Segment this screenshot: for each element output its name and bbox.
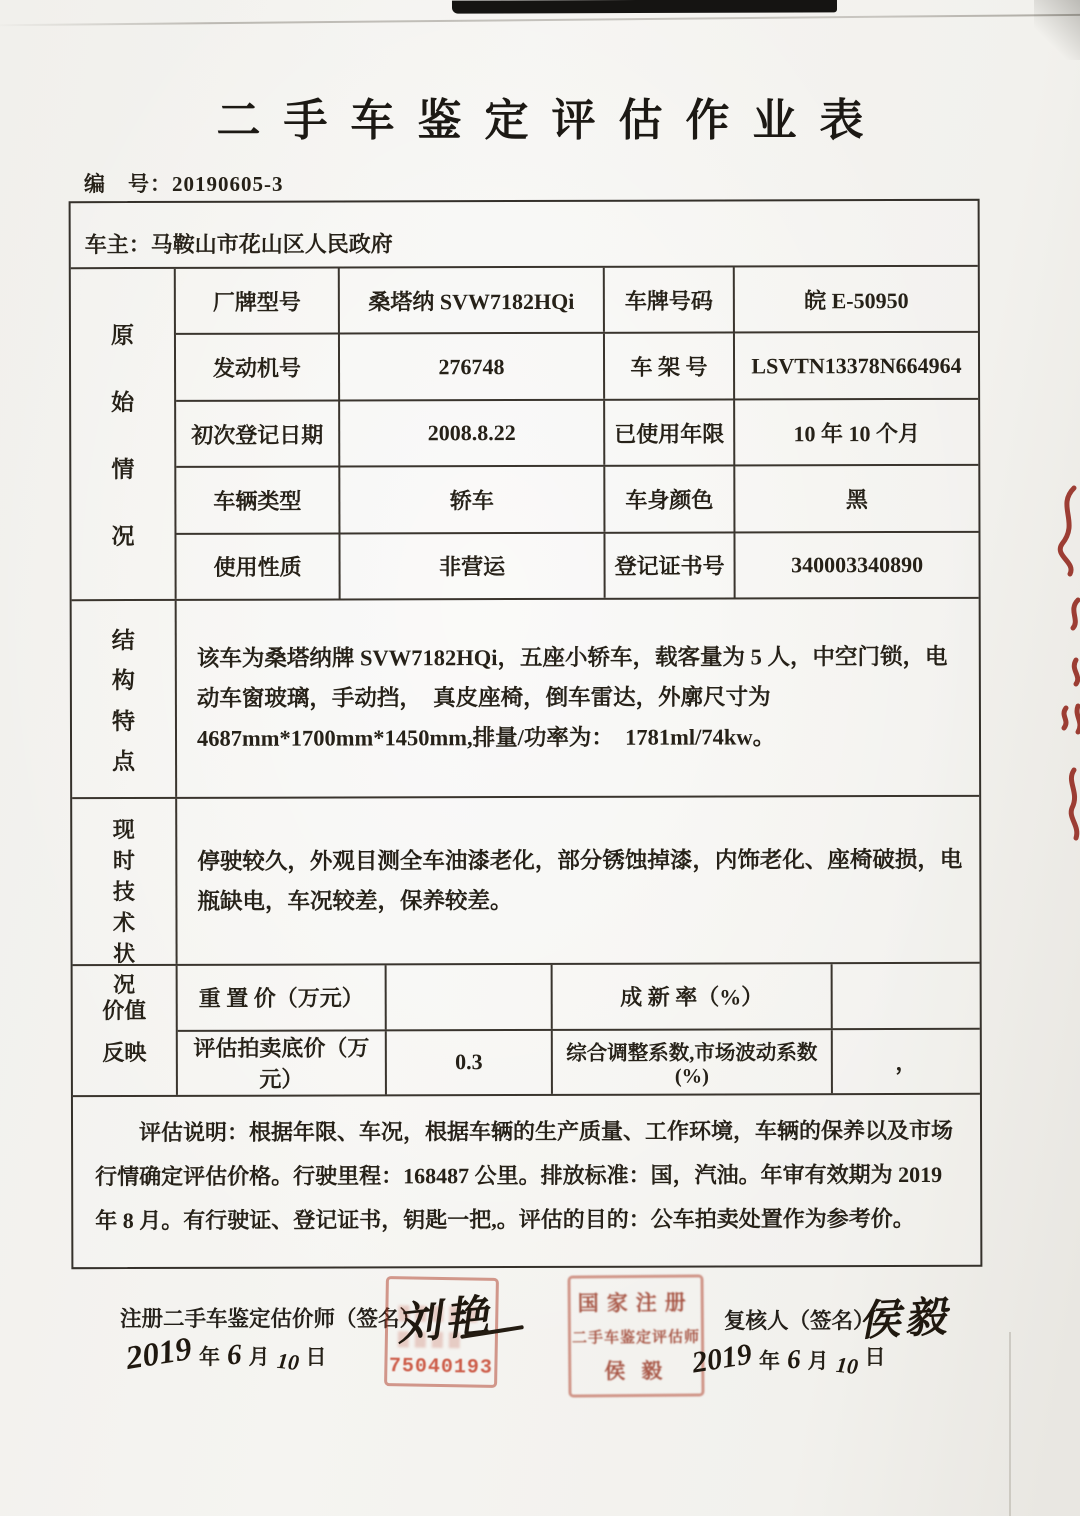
- field-label: 车身颜色: [603, 467, 733, 532]
- notes-cell: 评估说明：根据年限、车况，根据车辆的生产质量、工作环境，车辆的保养以及市场行情确…: [73, 1095, 980, 1271]
- field-label: 发动机号: [176, 335, 338, 400]
- date-day-unit: 日: [306, 1341, 327, 1371]
- field-label: 成 新 率（%）: [551, 964, 831, 1028]
- side-char: 原: [111, 317, 134, 350]
- side-char: 状: [113, 937, 135, 968]
- field-label: 车 架 号: [603, 334, 733, 399]
- date-month: 6: [226, 1339, 243, 1373]
- value-section: 价值 反映 重 置 价（万元） 成 新 率（%） 评估拍卖底价（万元） 0.3 …: [73, 962, 980, 1095]
- date-day-unit: 日: [865, 1341, 886, 1371]
- table-row: 评估拍卖底价（万元） 0.3 综合调整系数,市场波动系数(%) ，: [178, 1027, 980, 1095]
- condition-text: 停驶较久，外观目测全车油漆老化，部分锈蚀掉漆，内饰老化、座椅破损，电瓶缺电，车况…: [197, 839, 965, 921]
- field-value: 皖 E-50950: [733, 267, 978, 332]
- field-label: 厂牌型号: [176, 268, 338, 333]
- stamp-line: 国家注册: [578, 1286, 694, 1317]
- structure-side-label: 结 构 特 点: [72, 601, 178, 797]
- side-word: 价值: [102, 994, 146, 1025]
- date-month-unit: 月: [808, 1345, 829, 1375]
- appraisal-table: 车主：马鞍山市花山区人民政府 原 始 情 况 厂牌型号 桑塔纳 SVW7182H…: [69, 199, 983, 1269]
- field-value: LSVTN13378N664964: [733, 333, 978, 398]
- corner-shadow: [1034, 0, 1080, 60]
- field-value: ，: [831, 1029, 980, 1093]
- table-row: 重 置 价（万元） 成 新 率（%）: [178, 964, 980, 1030]
- notes-text: 评估说明：根据年限、车况，根据车辆的生产质量、工作环境，车辆的保养以及市场行情确…: [95, 1109, 962, 1243]
- document-number-value: 20190605-3: [172, 172, 284, 196]
- stamp-line: 侯毅: [594, 1355, 678, 1386]
- date-month-unit: 月: [249, 1341, 270, 1371]
- field-value: [385, 965, 551, 1029]
- field-label: 登记证书号: [603, 533, 733, 598]
- reviewer-signature-label: 复核人（签名）: [724, 1304, 875, 1335]
- reviewer-seal-stamp: 国家注册 二手车鉴定评估师 侯毅: [567, 1274, 704, 1397]
- document-number: 编 号：20190605-3: [84, 168, 284, 198]
- original-info-section: 原 始 情 况 厂牌型号 桑塔纳 SVW7182HQi 车牌号码 皖 E-509…: [71, 265, 979, 599]
- field-value: 非营运: [338, 533, 603, 598]
- structure-text: 该车为桑塔纳牌 SVW7182HQi，五座小轿车，载客量为 5 人，中空门锁，电…: [197, 637, 965, 759]
- side-word: 反映: [102, 1036, 146, 1067]
- field-value: 桑塔纳 SVW7182HQi: [338, 268, 603, 333]
- form-title: 二手车鉴定评估作业表: [0, 94, 1080, 148]
- side-char: 况: [111, 518, 134, 551]
- side-char: 点: [112, 743, 135, 776]
- reviewer-signature: 侯毅: [856, 1284, 951, 1349]
- side-char: 技: [113, 875, 135, 906]
- field-label: 车牌号码: [603, 267, 733, 332]
- owner-label: 车主：: [85, 228, 151, 259]
- field-label: 评估拍卖底价（万元）: [178, 1031, 385, 1095]
- table-row: 使用性质 非营运 登记证书号 340003340890: [176, 530, 978, 599]
- appraiser-signature: 刘艳: [393, 1279, 495, 1353]
- table-row: 发动机号 276748 车 架 号 LSVTN13378N664964: [176, 331, 978, 400]
- scanned-appraisal-form: 二手车鉴定评估作业表 编 号：20190605-3 车主：马鞍山市花山区人民政府…: [0, 0, 1080, 1516]
- field-value: 轿车: [338, 467, 603, 532]
- table-row: 初次登记日期 2008.8.22 已使用年限 10 年 10 个月: [176, 398, 978, 467]
- side-char: 构: [112, 662, 135, 695]
- field-value: 340003340890: [733, 532, 978, 597]
- side-char: 时: [113, 844, 135, 875]
- side-char: 术: [113, 906, 135, 937]
- stamp-number: 75040193: [387, 1352, 495, 1385]
- structure-content: 该车为桑塔纳牌 SVW7182HQi，五座小轿车，载客量为 5 人，中空门锁，电…: [177, 599, 980, 797]
- original-info-side-label: 原 始 情 况: [71, 269, 177, 599]
- field-value: 0.3: [385, 1030, 551, 1094]
- field-label: 初次登记日期: [176, 401, 338, 466]
- table-row: 厂牌型号 桑塔纳 SVW7182HQi 车牌号码 皖 E-50950: [176, 267, 978, 334]
- value-side-label: 价值 反映: [73, 966, 178, 1095]
- field-value: 276748: [338, 334, 603, 399]
- value-grid: 重 置 价（万元） 成 新 率（%） 评估拍卖底价（万元） 0.3 综合调整系数…: [178, 964, 980, 1095]
- date-year: 2019: [124, 1331, 195, 1378]
- field-label: 已使用年限: [603, 400, 733, 465]
- appraiser-date: 2019 年 6 月 10 日: [126, 1336, 327, 1373]
- appraiser-signature-label: 注册二手车鉴定估价师（签名）: [120, 1302, 421, 1333]
- structure-section: 结 构 特 点 该车为桑塔纳牌 SVW7182HQi，五座小轿车，载客量为 5 …: [72, 597, 980, 797]
- field-label: 综合调整系数,市场波动系数(%): [551, 1030, 831, 1094]
- date-day: 10: [275, 1348, 300, 1376]
- side-char: 情: [111, 451, 134, 484]
- condition-side-label: 现 时 技 术 状 况: [72, 799, 177, 964]
- paper-crease: [1009, 1332, 1011, 1516]
- stamp-line: 二手车鉴定评估师: [572, 1325, 700, 1347]
- field-value: 黑: [733, 466, 978, 531]
- field-value: [831, 964, 980, 1028]
- paper-edge-line: [0, 14, 1080, 27]
- scanner-edge-artifact: [452, 0, 837, 14]
- side-char: 现: [113, 813, 135, 844]
- table-row: 车辆类型 轿车 车身颜色 黑: [176, 464, 978, 533]
- original-info-grid: 厂牌型号 桑塔纳 SVW7182HQi 车牌号码 皖 E-50950 发动机号 …: [176, 267, 979, 599]
- notes-section: 评估说明：根据年限、车况，根据车辆的生产质量、工作环境，车辆的保养以及市场行情确…: [73, 1093, 980, 1271]
- field-label: 车辆类型: [176, 468, 338, 533]
- field-label: 使用性质: [176, 534, 338, 599]
- condition-section: 现 时 技 术 状 况 停驶较久，外观目测全车油漆老化，部分锈蚀掉漆，内饰老化、…: [72, 795, 979, 964]
- field-label: 重 置 价（万元）: [178, 965, 385, 1029]
- date-year: 2019: [690, 1338, 755, 1381]
- date-year-unit: 年: [759, 1345, 780, 1375]
- date-year-unit: 年: [199, 1341, 220, 1371]
- side-char: 结: [112, 622, 135, 655]
- date-month: 6: [786, 1344, 802, 1376]
- field-value: 10 年 10 个月: [733, 400, 978, 465]
- reviewer-date: 2019 年 6 月 10 日: [692, 1342, 886, 1376]
- owner-value: 马鞍山市花山区人民政府: [151, 227, 393, 259]
- owner-row: 车主：马鞍山市花山区人民政府: [71, 201, 978, 267]
- side-char: 始: [111, 384, 134, 417]
- field-value: 2008.8.22: [338, 401, 603, 466]
- document-number-label: 编 号：: [84, 172, 172, 196]
- condition-content: 停驶较久，外观目测全车油漆老化，部分锈蚀掉漆，内饰老化、座椅破损，电瓶缺电，车况…: [177, 797, 979, 964]
- red-ink-margin-scribble: [1040, 470, 1080, 850]
- owner-cell: 车主：马鞍山市花山区人民政府: [71, 201, 978, 267]
- side-char: 特: [112, 703, 135, 736]
- date-day: 10: [834, 1352, 859, 1380]
